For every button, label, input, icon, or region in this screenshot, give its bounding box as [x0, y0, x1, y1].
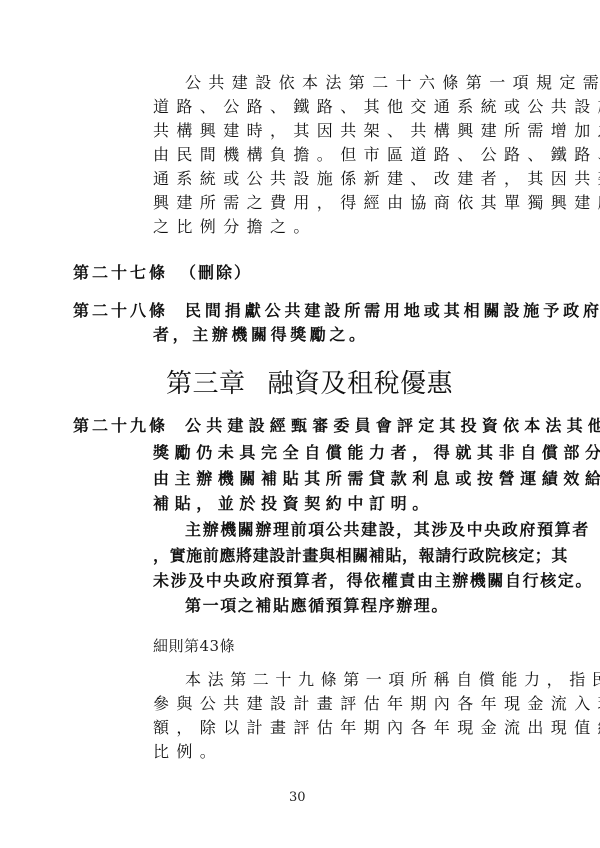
document-page: 公共建設依本法第二十六條第一項規定需與市區 道路、公路、鐵路、其他交通系統或公共… [0, 0, 600, 848]
chapter-heading: 第三章融資及租稅優惠 [166, 368, 453, 400]
article-label: 第二十九條 [73, 416, 168, 436]
text-line: 本法第二十九條第一項所稱自償能力，指民間 [185, 670, 600, 690]
text-line: 共構興建時，其因共架、共構興建所需增加之費用， [153, 121, 600, 141]
text-line: 由民間機構負擔。但市區道路、公路、鐵路、其他交 [153, 145, 600, 165]
text-line: 由主辦機關補貼其所需貸款利息或按營運績效給予 [153, 469, 600, 489]
chapter-number: 第三章 [166, 369, 246, 399]
text-line: 主辦機關辦理前項公共建設，其涉及中央政府預算者 [185, 520, 590, 540]
rule-note-label: 細則第43條 [153, 636, 235, 656]
text-line: 道路、公路、鐵路、其他交通系統或公共設施共架、 [153, 97, 600, 117]
text-line: 比例。 [153, 742, 223, 762]
text-line: 參與公共建設計畫評估年期內各年現金流入現值總 [153, 694, 600, 714]
text-line: 通系統或公共設施係新建、改建者，其因共架、共構 [153, 169, 600, 189]
text-line: 獎勵仍未具完全自償能力者，得就其非自償部分， [153, 443, 600, 463]
text-line: 補貼，並於投資契約中訂明。 [153, 494, 434, 514]
article-label: 第二十七條 [73, 263, 168, 283]
text-line: 民間捐獻公共建設所需用地或其相關設施予政府 [185, 301, 600, 321]
text-line: 公共建設依本法第二十六條第一項規定需與市區 [185, 73, 600, 93]
text-line: 額，除以計畫評估年期內各年現金流出現值總額之 [153, 718, 600, 738]
text-line: 第一項之補貼應循預算程序辦理。 [185, 596, 449, 616]
text-line: 之比例分擔之。 [153, 217, 317, 237]
page-number: 30 [289, 790, 306, 806]
text-line: 未涉及中央政府預算者，得依權責由主辦機關自行核定。 [153, 571, 593, 591]
chapter-title: 融資及租稅優惠 [268, 369, 454, 399]
text-line: 者，主辦機關得獎勵之。 [153, 325, 369, 345]
article-label: 第二十八條 [73, 301, 168, 321]
text-line: ，實施前應將建設計畫與相關補貼，報請行政院核定；其 [153, 546, 568, 566]
article-text: （刪除） [180, 263, 252, 283]
text-line: 公共建設經甄審委員會評定其投資依本法其他 [185, 416, 600, 436]
text-line: 興建所需之費用，得經由協商依其單獨興建所需費用 [153, 193, 600, 213]
